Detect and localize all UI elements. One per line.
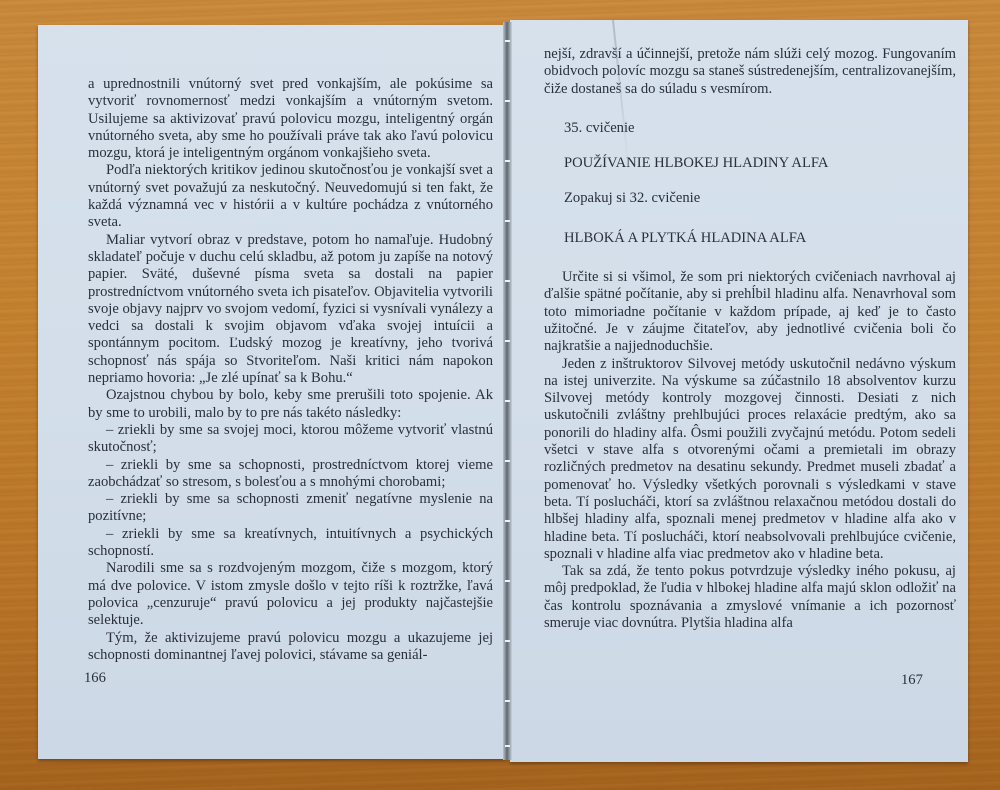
binding-stitch bbox=[505, 340, 510, 342]
list-item: – zriekli by sme sa schopnosti, prostred… bbox=[88, 457, 493, 492]
binding-stitch bbox=[505, 700, 510, 702]
paragraph: Ozajstnou chybou by bolo, keby sme preru… bbox=[88, 387, 493, 422]
binding-stitch bbox=[505, 580, 510, 582]
paragraph: Jeden z inštruktorov Silvovej metódy usk… bbox=[544, 356, 956, 564]
right-page: nejší, zdravší a účinnejší, pretože nám … bbox=[510, 20, 968, 762]
left-page-body: a upred­nostnili vnútorný svet pred vonk… bbox=[88, 76, 493, 664]
paragraph: Tak sa zdá, že tento pokus potvrdzuje vý… bbox=[544, 563, 956, 632]
binding-stitch bbox=[505, 520, 510, 522]
page-number-left: 166 bbox=[84, 670, 106, 687]
page-number-right: 167 bbox=[901, 672, 923, 689]
continuation-paragraph: nejší, zdravší a účinnejší, pretože nám … bbox=[544, 46, 956, 98]
binding-stitch bbox=[505, 640, 510, 642]
binding-stitch bbox=[505, 460, 510, 462]
paragraph: Narodili sme sa s rozdvojeným mozgom, či… bbox=[88, 560, 493, 629]
binding-stitch bbox=[505, 220, 510, 222]
book-spine bbox=[503, 22, 512, 760]
binding-stitch bbox=[505, 280, 510, 282]
exercise-label: 35. cvičenie bbox=[544, 120, 956, 137]
binding-stitch bbox=[505, 100, 510, 102]
list-item: – zriekli by sme sa svojej moci, ktorou … bbox=[88, 422, 493, 457]
paragraph: Podľa niektorých kritikov jedinou skutoč… bbox=[88, 162, 493, 231]
left-page: a upred­nostnili vnútorný svet pred vonk… bbox=[38, 25, 507, 759]
paragraph: Tým, že aktivizujeme pravú polovicu mozg… bbox=[88, 630, 493, 665]
paragraph: Určite si si všimol, že som pri niektorý… bbox=[544, 269, 956, 355]
binding-stitch bbox=[505, 40, 510, 42]
binding-stitch bbox=[505, 745, 510, 747]
list-item: – zriekli by sme sa kreatívnych, intuití… bbox=[88, 526, 493, 561]
binding-stitch bbox=[505, 160, 510, 162]
exercise-title: POUŽÍVANIE HLBOKEJ HLADINY ALFA bbox=[544, 155, 956, 172]
exercise-instruction: Zopakuj si 32. cvičenie bbox=[544, 190, 956, 207]
binding-stitch bbox=[505, 400, 510, 402]
right-page-body: nejší, zdravší a účinnejší, pretože nám … bbox=[544, 46, 956, 632]
paragraph: a upred­nostnili vnútorný svet pred vonk… bbox=[88, 76, 493, 162]
list-item: – zriekli by sme sa schopnosti zmeniť ne… bbox=[88, 491, 493, 526]
section-title: HLBOKÁ A PLYTKÁ HLADINA ALFA bbox=[544, 230, 956, 247]
paragraph: Maliar vytvorí obraz v predstave, potom … bbox=[88, 232, 493, 388]
